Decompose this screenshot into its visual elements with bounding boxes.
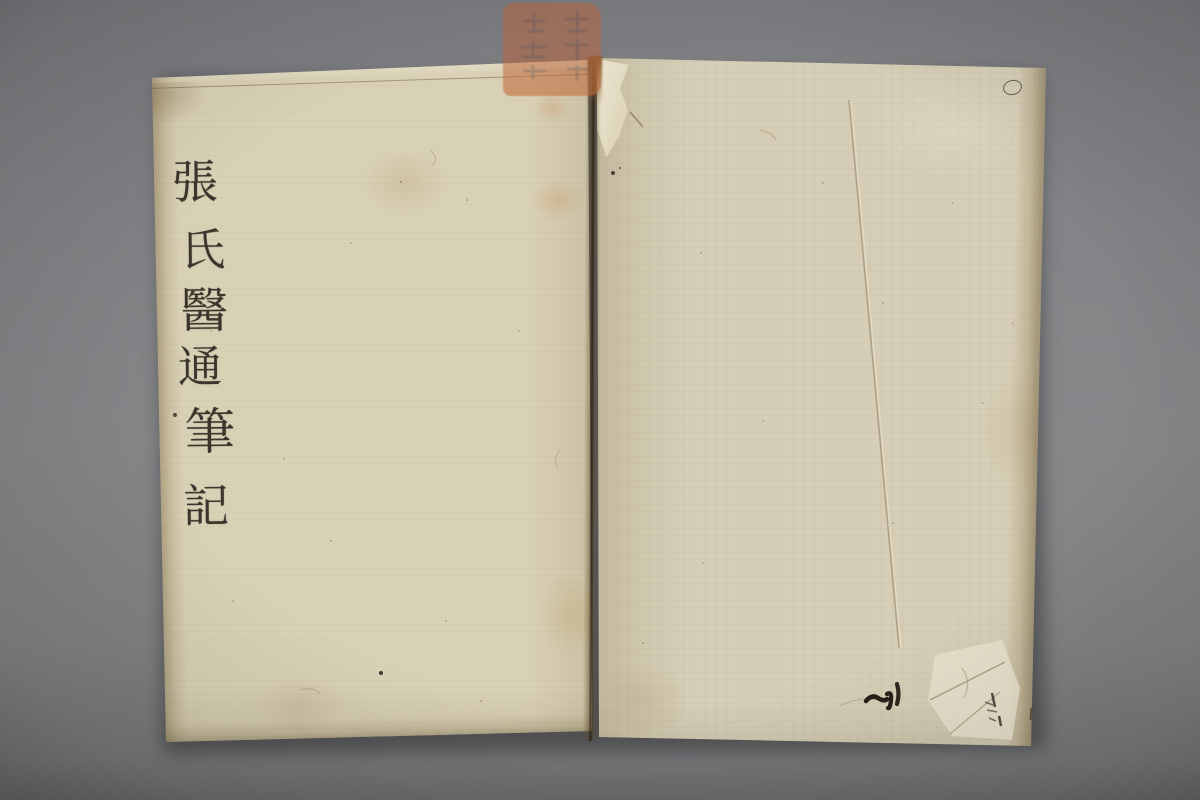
damage-patch: [928, 640, 1020, 740]
fiber-mark: [300, 689, 320, 694]
photograph-of-open-manuscript: 張 氏 醫 通 筆 記: [0, 0, 1200, 800]
fiber-mark: [555, 450, 560, 468]
fiber-mark: [630, 112, 643, 127]
crease-line: [849, 100, 899, 648]
surface-marks: [0, 0, 1200, 800]
stamp-character-strokes: [503, 3, 601, 96]
orange-stamp: [503, 3, 601, 96]
fiber-mark: [430, 150, 436, 166]
ink-smudge: [866, 684, 899, 708]
crease-highlight: [851, 100, 901, 648]
fiber-mark: [760, 130, 776, 140]
fiber-mark: [840, 699, 876, 706]
